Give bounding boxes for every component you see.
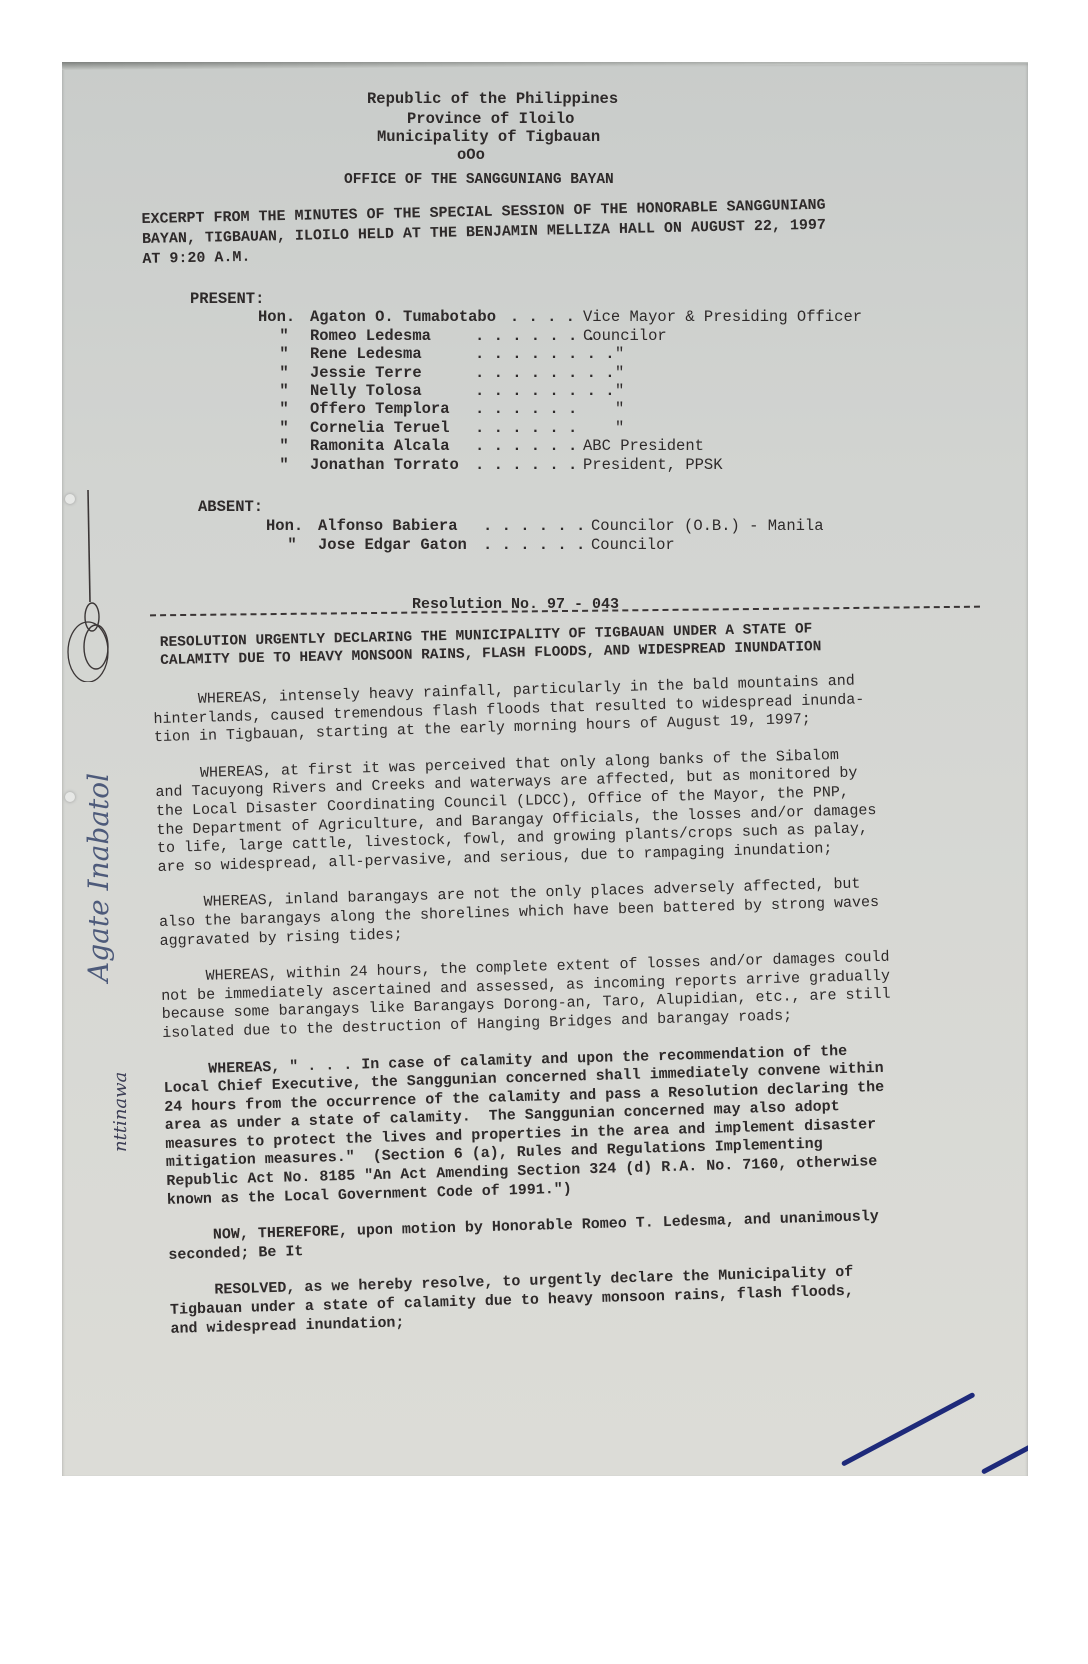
- attendee-prefix: ": [258, 382, 310, 400]
- attendee-row: "Nelly Tolosa. . . . . . . .": [190, 382, 862, 400]
- present-list: Hon.Agaton O. Tumabotabo. . . .Vice Mayo…: [190, 308, 862, 474]
- office-title: OFFICE OF THE SANGGUNIANG BAYAN: [344, 172, 614, 188]
- resolution-paragraph: WHEREAS, " . . . In case of calamity and…: [163, 1041, 896, 1210]
- resolution-body: WHEREAS, intensely heavy rainfall, parti…: [153, 672, 900, 1357]
- attendee-prefix: ": [258, 437, 310, 455]
- resolution-paragraph: WHEREAS, intensely heavy rainfall, parti…: [153, 672, 883, 748]
- attendee-name: Romeo Ledesma: [310, 327, 475, 345]
- leader-dots: . . . . . .: [475, 400, 575, 418]
- signature-scribble: [62, 482, 138, 682]
- pen-stroke-mark: [981, 1442, 1028, 1475]
- pen-stroke-mark: [841, 1392, 976, 1467]
- attendee-prefix: Hon.: [258, 308, 310, 326]
- present-section: PRESENT: Hon.Agaton O. Tumabotabo. . . .…: [190, 290, 862, 474]
- attendee-name: Agaton O. Tumabotabo: [310, 308, 475, 326]
- attendee-row: "Jose Edgar Gaton. . . . . .Councilor: [198, 536, 824, 555]
- attendee-row: "Romeo Ledesma. . . . . . .Councilor: [190, 327, 862, 345]
- attendee-name: Jessie Terre: [310, 364, 475, 382]
- attendee-prefix: ": [258, 345, 310, 363]
- attendee-role: ": [615, 345, 624, 363]
- attendee-prefix: ": [266, 536, 318, 555]
- staple-hole: [65, 792, 75, 802]
- attendee-row: "Jessie Terre. . . . . . . .": [190, 364, 862, 382]
- leader-dots: . . . . . . . .: [475, 382, 575, 400]
- attendee-row: Hon.Alfonso Babiera. . . . . .Councilor …: [198, 517, 824, 536]
- attendee-name: Rene Ledesma: [310, 345, 475, 363]
- leader-dots: . . . . . . . .: [475, 345, 575, 363]
- attendee-role: Councilor (O.B.) - Manila: [591, 517, 824, 536]
- leader-dots: . . . . . . . .: [475, 364, 575, 382]
- leader-dots: . . . . . .: [483, 517, 583, 536]
- attendee-prefix: ": [258, 327, 310, 345]
- attendee-row: "Offero Templora. . . . . .": [190, 400, 862, 418]
- staple-hole: [65, 494, 75, 504]
- attendee-role: Vice Mayor & Presiding Officer: [583, 308, 862, 326]
- resolution-number: Resolution No. 97 - 043: [412, 596, 619, 613]
- leader-dots: . . . . . .: [475, 456, 575, 474]
- attendee-prefix: ": [258, 400, 310, 418]
- header-ornament: oOo: [457, 146, 485, 164]
- header-republic: Republic of the Philippines: [367, 90, 618, 108]
- attendee-prefix: Hon.: [266, 517, 318, 536]
- attendee-row: "Jonathan Torrato. . . . . .President, P…: [190, 456, 862, 474]
- header-municipality: Municipality of Tigbauan: [377, 128, 600, 146]
- attendee-role: ABC President: [583, 437, 704, 455]
- attendee-role: Councilor: [591, 536, 675, 555]
- leader-dots: . . . .: [475, 308, 575, 326]
- attendee-role: Councilor: [583, 327, 667, 345]
- paper-top-edge: [62, 62, 1028, 70]
- attendee-prefix: ": [258, 419, 310, 437]
- resolution-paragraph: WHEREAS, within 24 hours, the complete e…: [160, 949, 891, 1044]
- absent-label: ABSENT:: [198, 498, 824, 517]
- attendee-name: Jose Edgar Gaton: [318, 536, 483, 555]
- attendee-prefix: ": [258, 456, 310, 474]
- attendee-row: "Ramonita Alcala. . . . . .ABC President: [190, 437, 862, 455]
- document-page: Republic of the Philippines Province of …: [62, 62, 1028, 1476]
- handwritten-initials-note: Agate Inabatol: [82, 722, 115, 982]
- attendee-name: Offero Templora: [310, 400, 475, 418]
- resolution-paragraph: WHEREAS, at first it was perceived that …: [155, 746, 887, 878]
- attendee-name: Cornelia Teruel: [310, 419, 475, 437]
- attendee-role: President, PPSK: [583, 456, 723, 474]
- handwritten-margin-note: nttinawa: [110, 1072, 131, 1152]
- header-province: Province of Iloilo: [407, 110, 574, 128]
- attendee-row: "Cornelia Teruel. . . . . .": [190, 419, 862, 437]
- attendee-role: ": [615, 400, 624, 418]
- attendee-name: Jonathan Torrato: [310, 456, 475, 474]
- attendee-row: Hon.Agaton O. Tumabotabo. . . .Vice Mayo…: [190, 308, 862, 326]
- attendee-name: Alfonso Babiera: [318, 517, 483, 536]
- resolution-title: RESOLUTION URGENTLY DECLARING THE MUNICI…: [160, 620, 822, 670]
- resolution-paragraph: NOW, THEREFORE, upon motion by Honorable…: [168, 1208, 898, 1266]
- attendee-row: "Rene Ledesma. . . . . . . .": [190, 345, 862, 363]
- attendee-name: Ramonita Alcala: [310, 437, 475, 455]
- leader-dots: . . . . . .: [483, 536, 583, 555]
- attendee-role: ": [615, 364, 624, 382]
- excerpt-block: EXCERPT FROM THE MINUTES OF THE SPECIAL …: [141, 196, 826, 270]
- leader-dots: . . . . . . .: [475, 327, 575, 345]
- leader-dots: . . . . . .: [475, 437, 575, 455]
- absent-list: Hon.Alfonso Babiera. . . . . .Councilor …: [198, 517, 824, 555]
- attendee-prefix: ": [258, 364, 310, 382]
- absent-section: ABSENT: Hon.Alfonso Babiera. . . . . .Co…: [198, 498, 824, 555]
- resolution-paragraph: WHEREAS, inland barangays are not the on…: [158, 875, 888, 951]
- present-label: PRESENT:: [190, 290, 862, 308]
- attendee-name: Nelly Tolosa: [310, 382, 475, 400]
- resolution-paragraph: RESOLVED, as we hereby resolve, to urgen…: [169, 1263, 899, 1339]
- attendee-role: ": [615, 419, 624, 437]
- leader-dots: . . . . . .: [475, 419, 575, 437]
- attendee-role: ": [615, 382, 624, 400]
